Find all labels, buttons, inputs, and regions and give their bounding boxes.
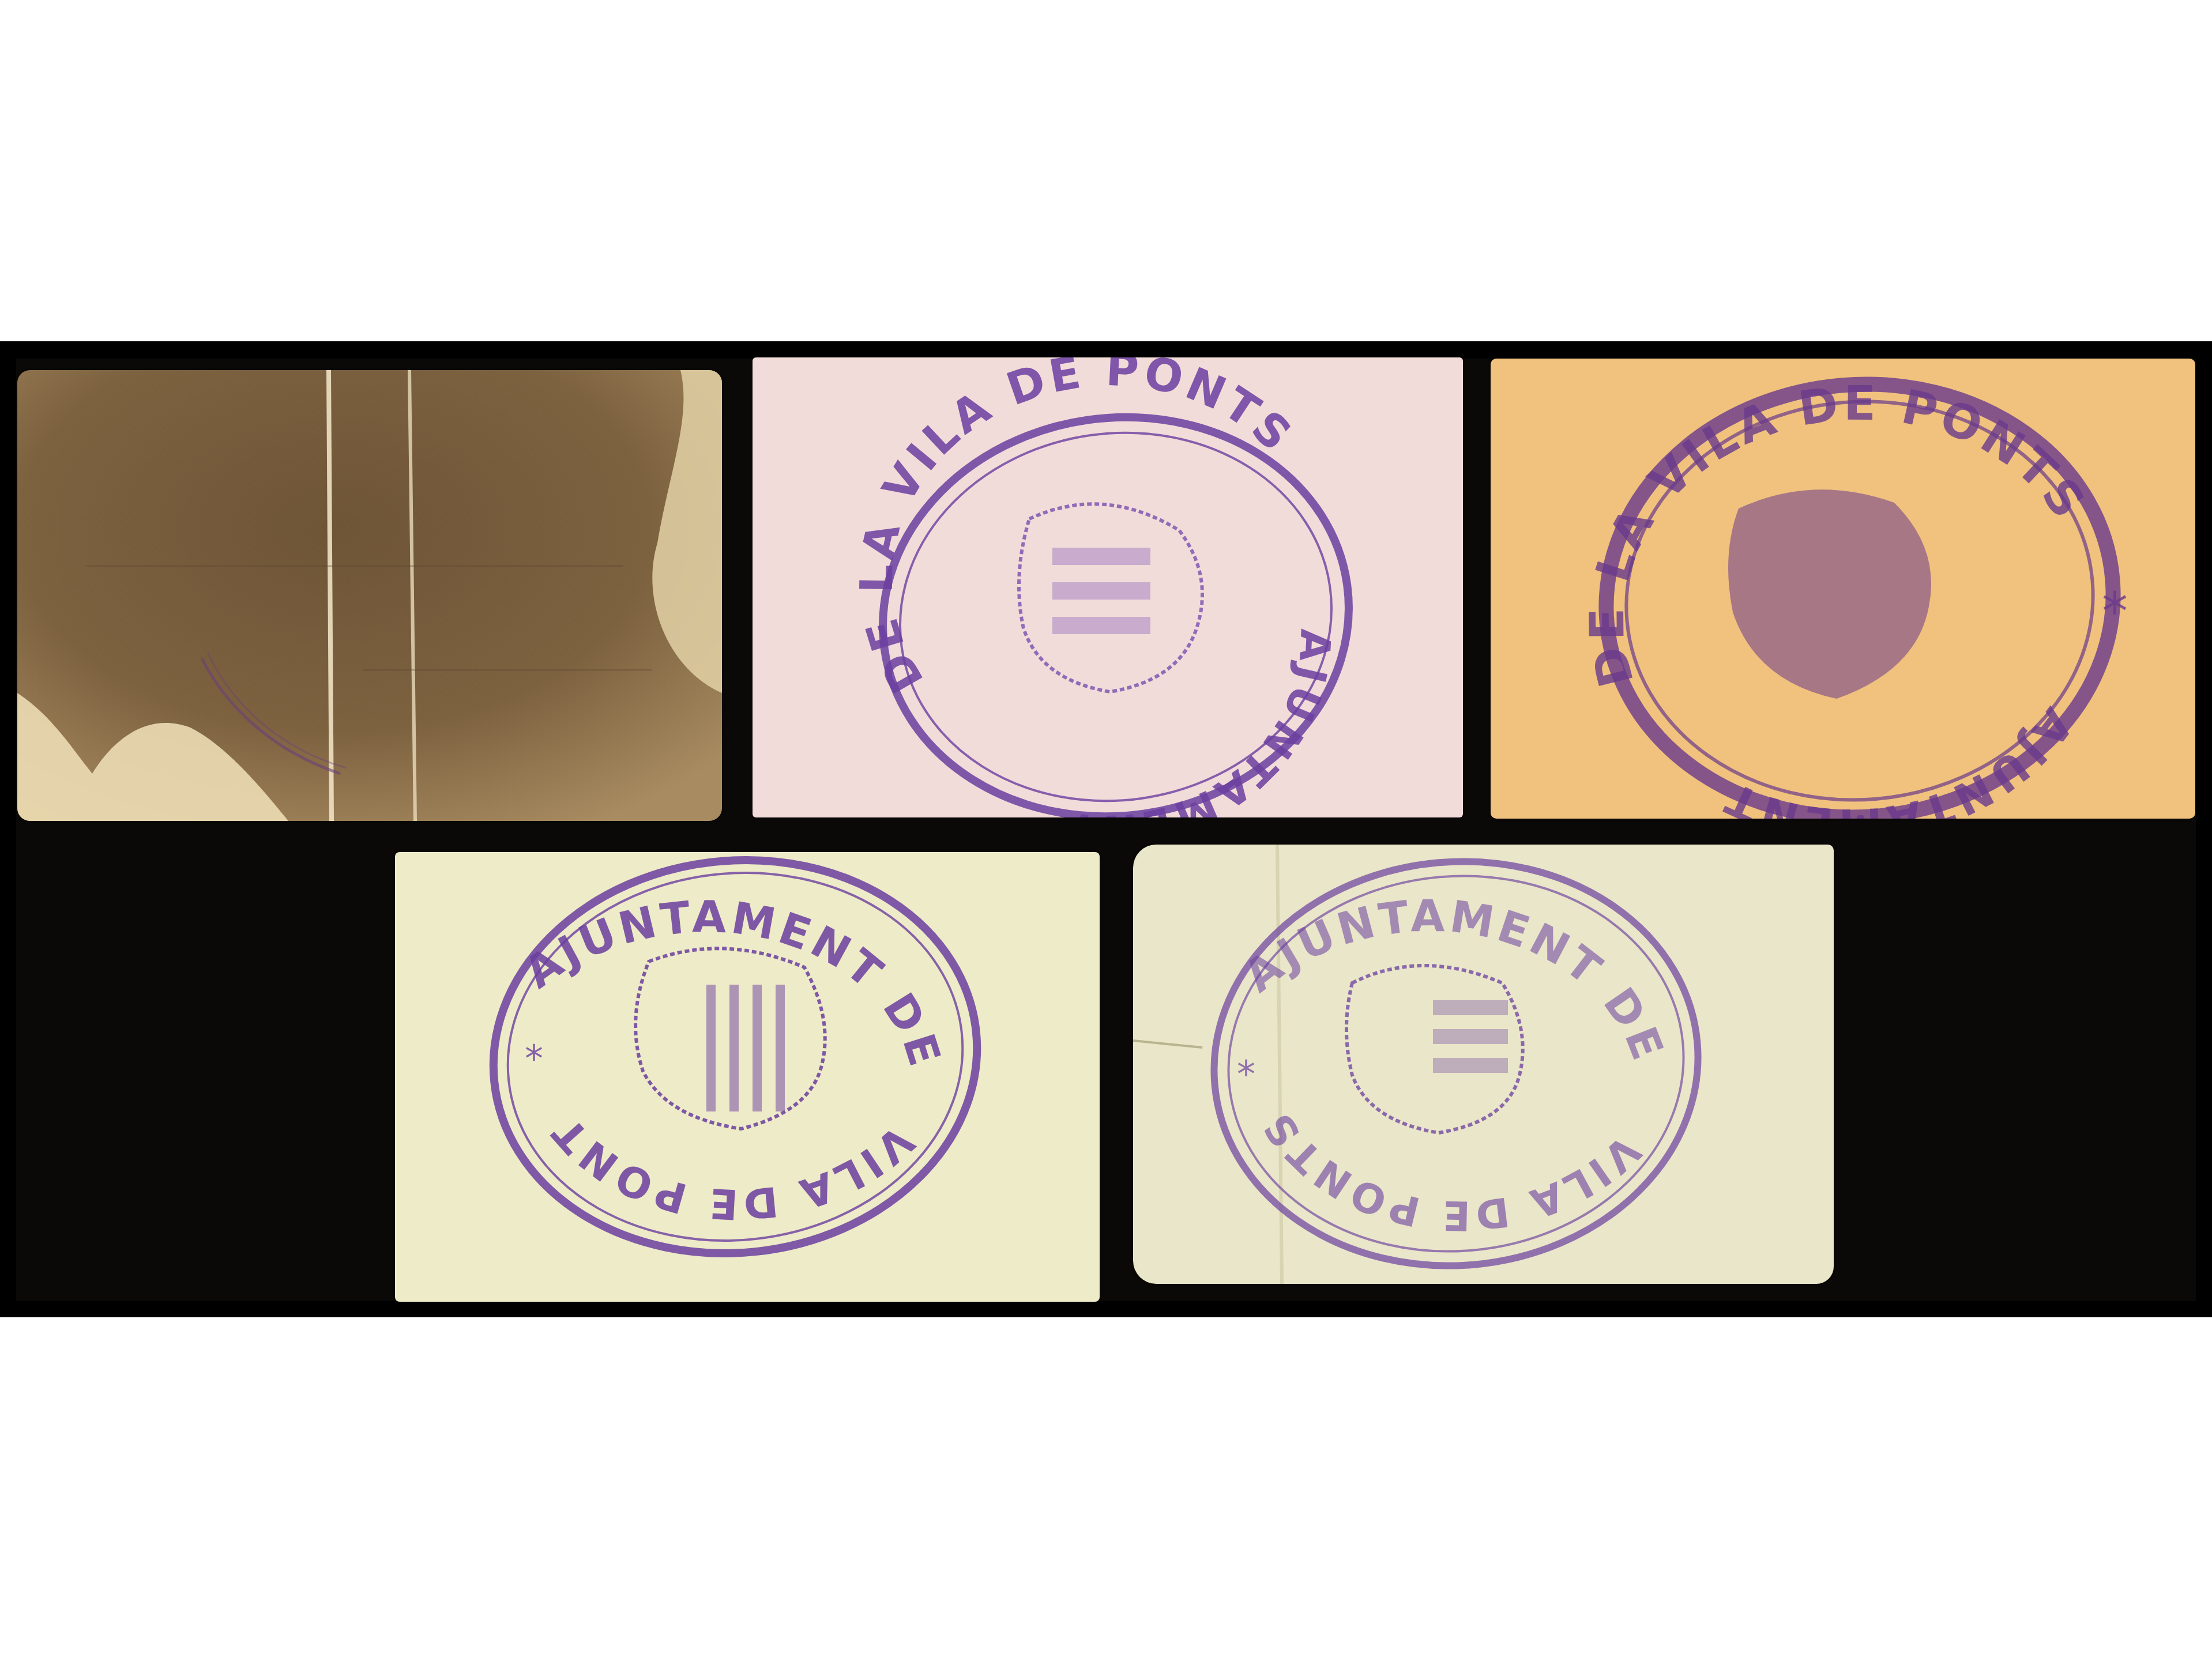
note-4-paper: AJUNTAMENT DE LA VILA DE PONTS * <box>395 852 1100 1302</box>
note-3-paper: DE LA VILA DE PONTS AJUNTAMENT * <box>1491 359 2195 819</box>
note-2: DE LA VILA DE PONTS AJUNTAMENT <box>753 357 1463 817</box>
note-4: AJUNTAMENT DE LA VILA DE PONTS * <box>395 852 1100 1302</box>
note-2-paper: DE LA VILA DE PONTS AJUNTAMENT <box>753 357 1463 817</box>
star-icon: * <box>2102 582 2128 642</box>
star-icon: * <box>1237 1053 1255 1096</box>
note-5-paper: AJUNTAMENT DE LA VILA DE PONTS * <box>1133 845 1834 1284</box>
note-1-paper <box>17 370 722 821</box>
note-5: AJUNTAMENT DE LA VILA DE PONTS * <box>1133 845 1834 1284</box>
star-icon: * <box>525 1038 543 1080</box>
note-3: DE LA VILA DE PONTS AJUNTAMENT * <box>1491 359 2195 819</box>
note-1 <box>17 370 722 821</box>
